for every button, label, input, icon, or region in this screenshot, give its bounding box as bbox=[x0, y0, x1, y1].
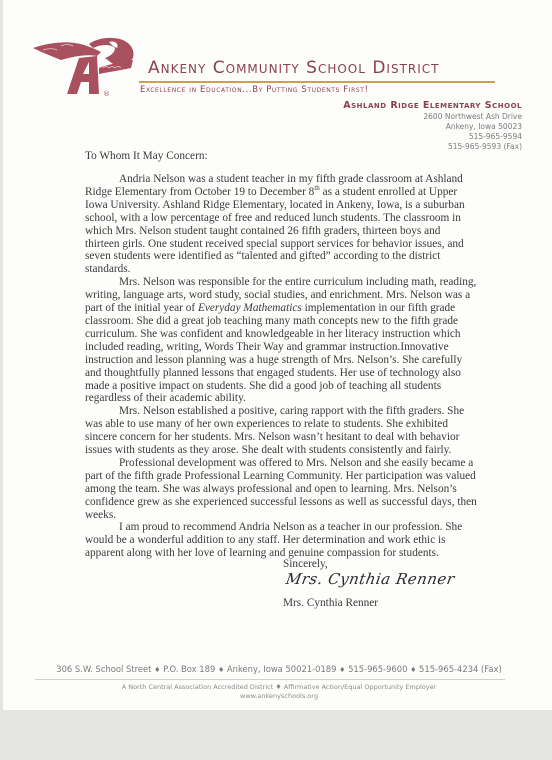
footer-address: 306 S.W. School Street ♦ P.O. Box 189 ♦ … bbox=[3, 664, 552, 674]
diamond-separator-icon: ♦ bbox=[339, 666, 345, 674]
handwritten-signature: Mrs. Cynthia Renner bbox=[284, 570, 456, 588]
letter-page: ® Ankeny Community School District Excel… bbox=[3, 0, 552, 710]
paragraph-4: Professional development was offered to … bbox=[85, 457, 477, 522]
signer-name: Mrs. Cynthia Renner bbox=[283, 597, 378, 609]
paragraph-2: Mrs. Nelson was responsible for the enti… bbox=[85, 276, 477, 405]
footer-divider bbox=[35, 679, 505, 680]
svg-text:®: ® bbox=[103, 90, 110, 98]
footer-website: www.ankenyschools.org bbox=[3, 692, 552, 701]
salutation: To Whom It May Concern: bbox=[85, 150, 208, 162]
district-name: Ankeny Community School District bbox=[148, 58, 440, 78]
school-address-line2: Ankeny, Iowa 50023 bbox=[343, 122, 522, 132]
letter-body: Andria Nelson was a student teacher in m… bbox=[85, 173, 477, 560]
diamond-separator-icon: ♦ bbox=[154, 666, 160, 674]
school-address-block: Ashland Ridge Elementary School 2600 Nor… bbox=[343, 100, 522, 152]
diamond-separator-icon: ♦ bbox=[275, 683, 281, 691]
district-tagline: Excellence in Education...By Putting Stu… bbox=[140, 85, 369, 95]
paragraph-3: Mrs. Nelson established a positive, cari… bbox=[85, 405, 477, 457]
diamond-separator-icon: ♦ bbox=[410, 666, 416, 674]
paragraph-5: I am proud to recommend Andria Nelson as… bbox=[85, 521, 477, 560]
gold-divider bbox=[139, 81, 495, 83]
closing: Sincerely, bbox=[283, 558, 328, 570]
eagle-a-logo-icon: ® bbox=[31, 34, 143, 98]
school-fax: 515-965-9593 (Fax) bbox=[343, 142, 522, 152]
school-phone: 515-965-9594 bbox=[343, 132, 522, 142]
school-address-line1: 2600 Northwest Ash Drive bbox=[343, 112, 522, 122]
footer-accreditation: A North Central Association Accredited D… bbox=[3, 683, 552, 701]
diamond-separator-icon: ♦ bbox=[218, 666, 224, 674]
school-name: Ashland Ridge Elementary School bbox=[343, 100, 522, 111]
paragraph-1: Andria Nelson was a student teacher in m… bbox=[85, 173, 477, 276]
